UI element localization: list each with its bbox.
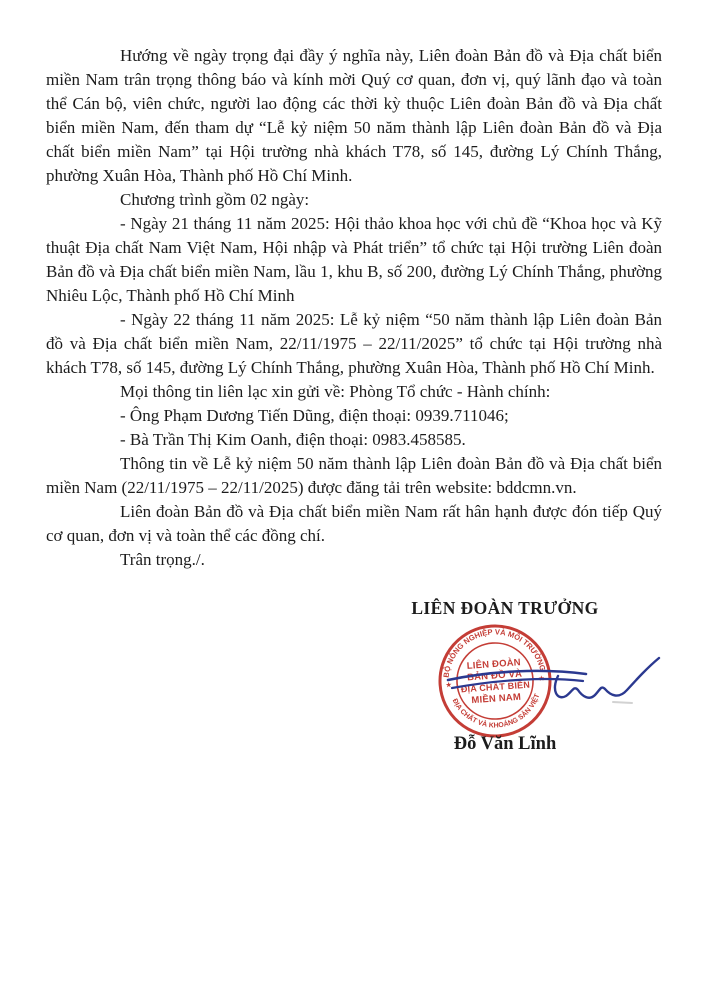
document-page: Hướng về ngày trọng đại đầy ý nghĩa này,… [0, 0, 707, 1000]
signer-title: LIÊN ĐOÀN TRƯỞNG [340, 598, 670, 619]
paragraph-contact-1: - Ông Phạm Dương Tiến Dũng, điện thoại: … [46, 404, 662, 428]
paragraph-program-intro: Chương trình gồm 02 ngày: [46, 188, 662, 212]
paragraph-website-info: Thông tin về Lễ kỷ niệm 50 năm thành lập… [46, 452, 662, 500]
letter-body: Hướng về ngày trọng đại đầy ý nghĩa này,… [46, 44, 662, 572]
paragraph-program-day1: - Ngày 21 tháng 11 năm 2025: Hội thảo kh… [46, 212, 662, 308]
signature-block: LIÊN ĐOÀN TRƯỞNG [340, 598, 670, 619]
paragraph-contact-intro: Mọi thông tin liên lạc xin gửi về: Phòng… [46, 380, 662, 404]
paragraph-contact-2: - Bà Trần Thị Kim Oanh, điện thoại: 0983… [46, 428, 662, 452]
signature-stroke [555, 658, 659, 698]
signer-name: Đỗ Văn Lĩnh [340, 734, 670, 755]
paragraph-regards: Trân trọng./. [46, 548, 662, 572]
signature-smudge [613, 702, 632, 703]
paragraph-program-day2: - Ngày 22 tháng 11 năm 2025: Lễ kỷ niệm … [46, 308, 662, 380]
paragraph-welcome: Liên đoàn Bản đồ và Địa chất biển miền N… [46, 500, 662, 548]
signature-stroke [452, 679, 583, 688]
signature-ink [430, 638, 680, 718]
paragraph-invitation: Hướng về ngày trọng đại đầy ý nghĩa này,… [46, 44, 662, 188]
